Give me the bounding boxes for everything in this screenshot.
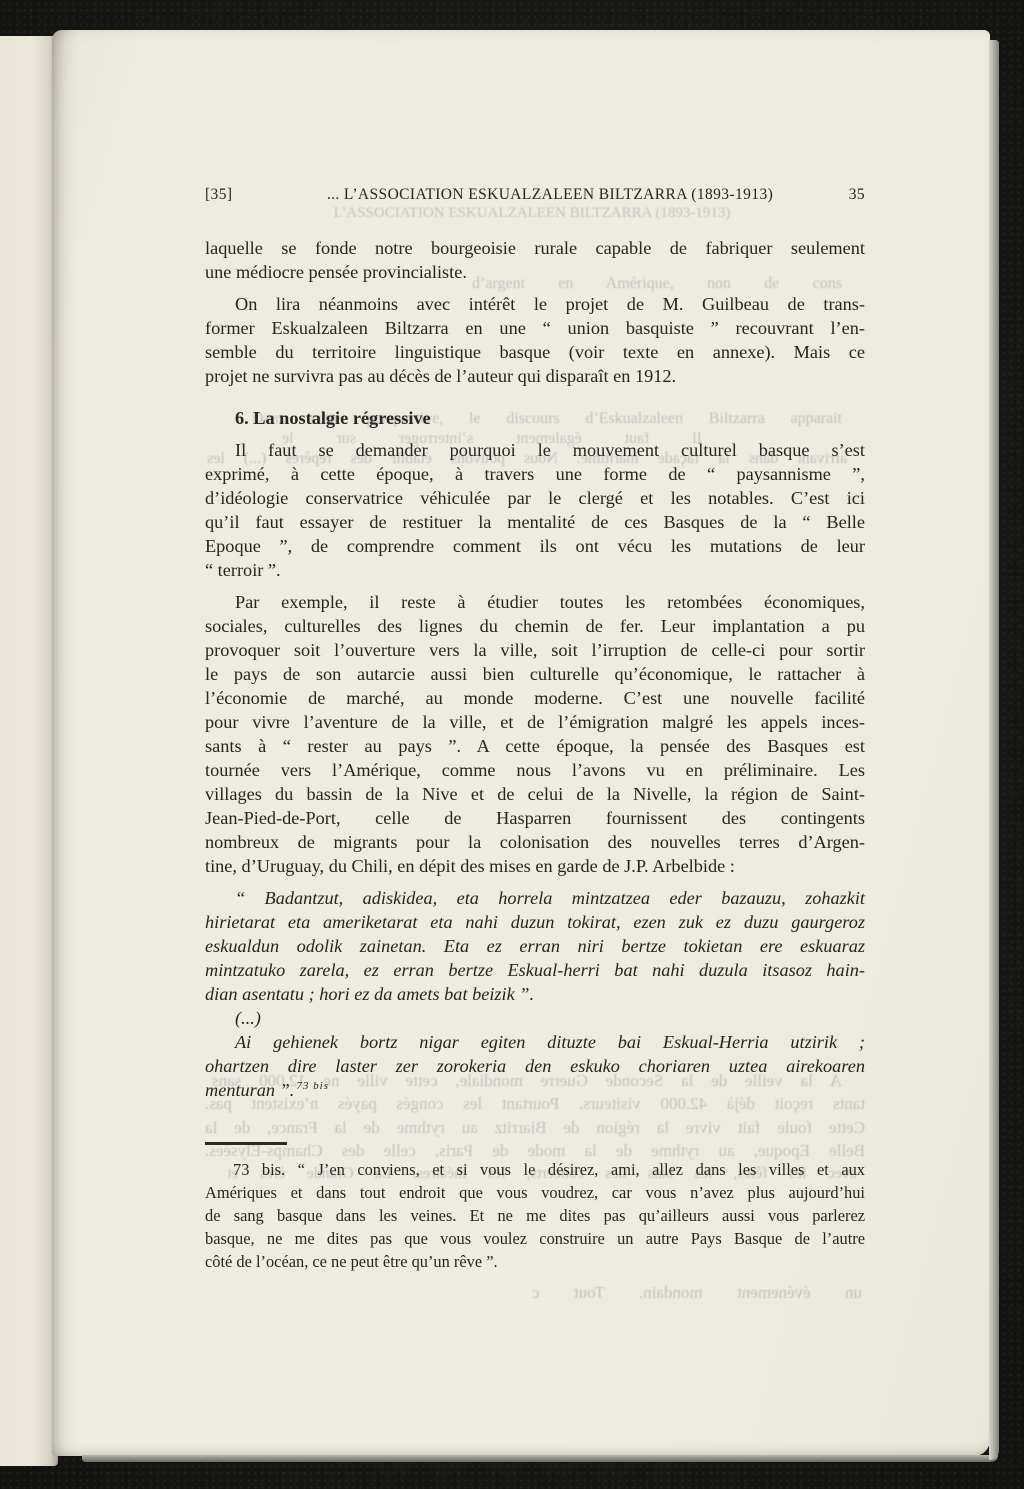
footnote-73bis: 73 bis. “ J’en conviens, et si vous le d…	[205, 1158, 865, 1273]
text-line: pour vivre l’aventure de la ville, et de…	[205, 710, 865, 734]
text-line: une médiocre pensée provincialiste.	[205, 260, 865, 284]
text-line: tournée vers l’Amérique, comme nous l’av…	[205, 758, 865, 782]
margin-page-number: [35]	[205, 186, 295, 204]
text-line: 6. La nostalgie régressive	[205, 406, 865, 430]
text-line: semble du territoire linguistique basque…	[205, 340, 865, 364]
para-paysannisme: Il faut se demander pourquoi le mouvemen…	[205, 438, 865, 582]
text-line: former Eskualzaleen Biltzarra en une “ u…	[205, 316, 865, 340]
facing-page-edge	[0, 36, 58, 1466]
text-line: sants à “ rester au pays ”. A cette époq…	[205, 734, 865, 758]
text-line: tine, d’Uruguay, du Chili, en dépit des …	[205, 854, 865, 878]
text-line: le pays de son autarcie aussi bien cultu…	[205, 662, 865, 686]
text-line: côté de l’océan, ce ne peut être qu’un r…	[205, 1250, 865, 1273]
basque-quote-2: Ai gehienek bortz nigar egiten dituzte b…	[205, 1030, 865, 1102]
text-line: mintzatuko zarela, ez erran bertze Eskua…	[205, 958, 865, 982]
text-line: sociales, culturelles des lignes du chem…	[205, 614, 865, 638]
text-line: nombreux de migrants pour la colonisatio…	[205, 830, 865, 854]
text-line: Jean-Pied-de-Port, celle de Hasparren fo…	[205, 806, 865, 830]
text-line: 73 bis. “ J’en conviens, et si vous le d…	[205, 1158, 865, 1181]
text-line: qu’il faut essayer de restituer la menta…	[205, 510, 865, 534]
text-blocks: laquelle se fonde notre bourgeoisie rura…	[205, 236, 865, 1273]
photo-backdrop: L’ASSOCIATION ESKUALZALEEN BILTZARRA (18…	[0, 0, 1024, 1489]
text-line: villages du bassin de la Nive et de celu…	[205, 782, 865, 806]
text-line: projet ne survivra pas au décès de l’aut…	[205, 364, 865, 388]
quote-ellipsis: (...)	[205, 1006, 865, 1030]
text-line: laquelle se fonde notre bourgeoisie rura…	[205, 236, 865, 260]
text-line: menturan ”.73 bis	[205, 1078, 865, 1102]
text-line: eskualdun odolik zainetan. Eta ez erran …	[205, 934, 865, 958]
section-heading: 6. La nostalgie régressive	[205, 406, 865, 430]
text-line: exprimé, à cette époque, à travers une f…	[205, 462, 865, 486]
page-number: 35	[805, 186, 865, 204]
text-line: “ terroir ”.	[205, 558, 865, 582]
text-line: Ai gehienek bortz nigar egiten dituzte b…	[205, 1030, 865, 1054]
para-continuation: laquelle se fonde notre bourgeoisie rura…	[205, 236, 865, 284]
running-title: ... L’ASSOCIATION ESKUALZALEEN BILTZARRA…	[295, 186, 805, 204]
text-line: de sang basque dans les veines. Et ne me…	[205, 1204, 865, 1227]
text-line: Amériques et dans tout endroit que vous …	[205, 1181, 865, 1204]
text-line: ohartzen dire laster zer zorokeria den e…	[205, 1054, 865, 1078]
text-line: hirietarat eta ameriketarat eta nahi duz…	[205, 910, 865, 934]
text-line: Il faut se demander pourquoi le mouvemen…	[205, 438, 865, 462]
ghost-bleed-text: un événement mondain. Tout c	[532, 1282, 862, 1304]
text-line: Epoque ”, de comprendre comment ils ont …	[205, 534, 865, 558]
text-line: basque, ne me dites pas que vous voulez …	[205, 1227, 865, 1250]
footnote-reference: 73 bis	[296, 1080, 329, 1092]
running-header: [35] ... L’ASSOCIATION ESKUALZALEEN BILT…	[205, 186, 865, 204]
basque-quote-1: “ Badantzut, adiskidea, eta horrela mint…	[205, 886, 865, 1006]
footnote-rule	[205, 1142, 287, 1145]
text-line: l’économie de marché, au monde moderne. …	[205, 686, 865, 710]
text-line: Par exemple, il reste à étudier toutes l…	[205, 590, 865, 614]
para-guilbeau: On lira néanmoins avec intérêt le projet…	[205, 292, 865, 388]
text-line: “ Badantzut, adiskidea, eta horrela mint…	[205, 886, 865, 910]
text-line: (...)	[205, 1006, 865, 1030]
text-line: d’idéologie conservatrice véhiculée par …	[205, 486, 865, 510]
book-page: L’ASSOCIATION ESKUALZALEEN BILTZARRA (18…	[52, 30, 990, 1456]
text-line: On lira néanmoins avec intérêt le projet…	[205, 292, 865, 316]
text-line: dian asentatu ; hori ez da amets bat bei…	[205, 982, 865, 1006]
para-chemin-de-fer: Par exemple, il reste à étudier toutes l…	[205, 590, 865, 878]
page-content: [35] ... L’ASSOCIATION ESKUALZALEEN BILT…	[205, 186, 865, 1273]
text-line: provoquer soit l’ouverture vers la ville…	[205, 638, 865, 662]
